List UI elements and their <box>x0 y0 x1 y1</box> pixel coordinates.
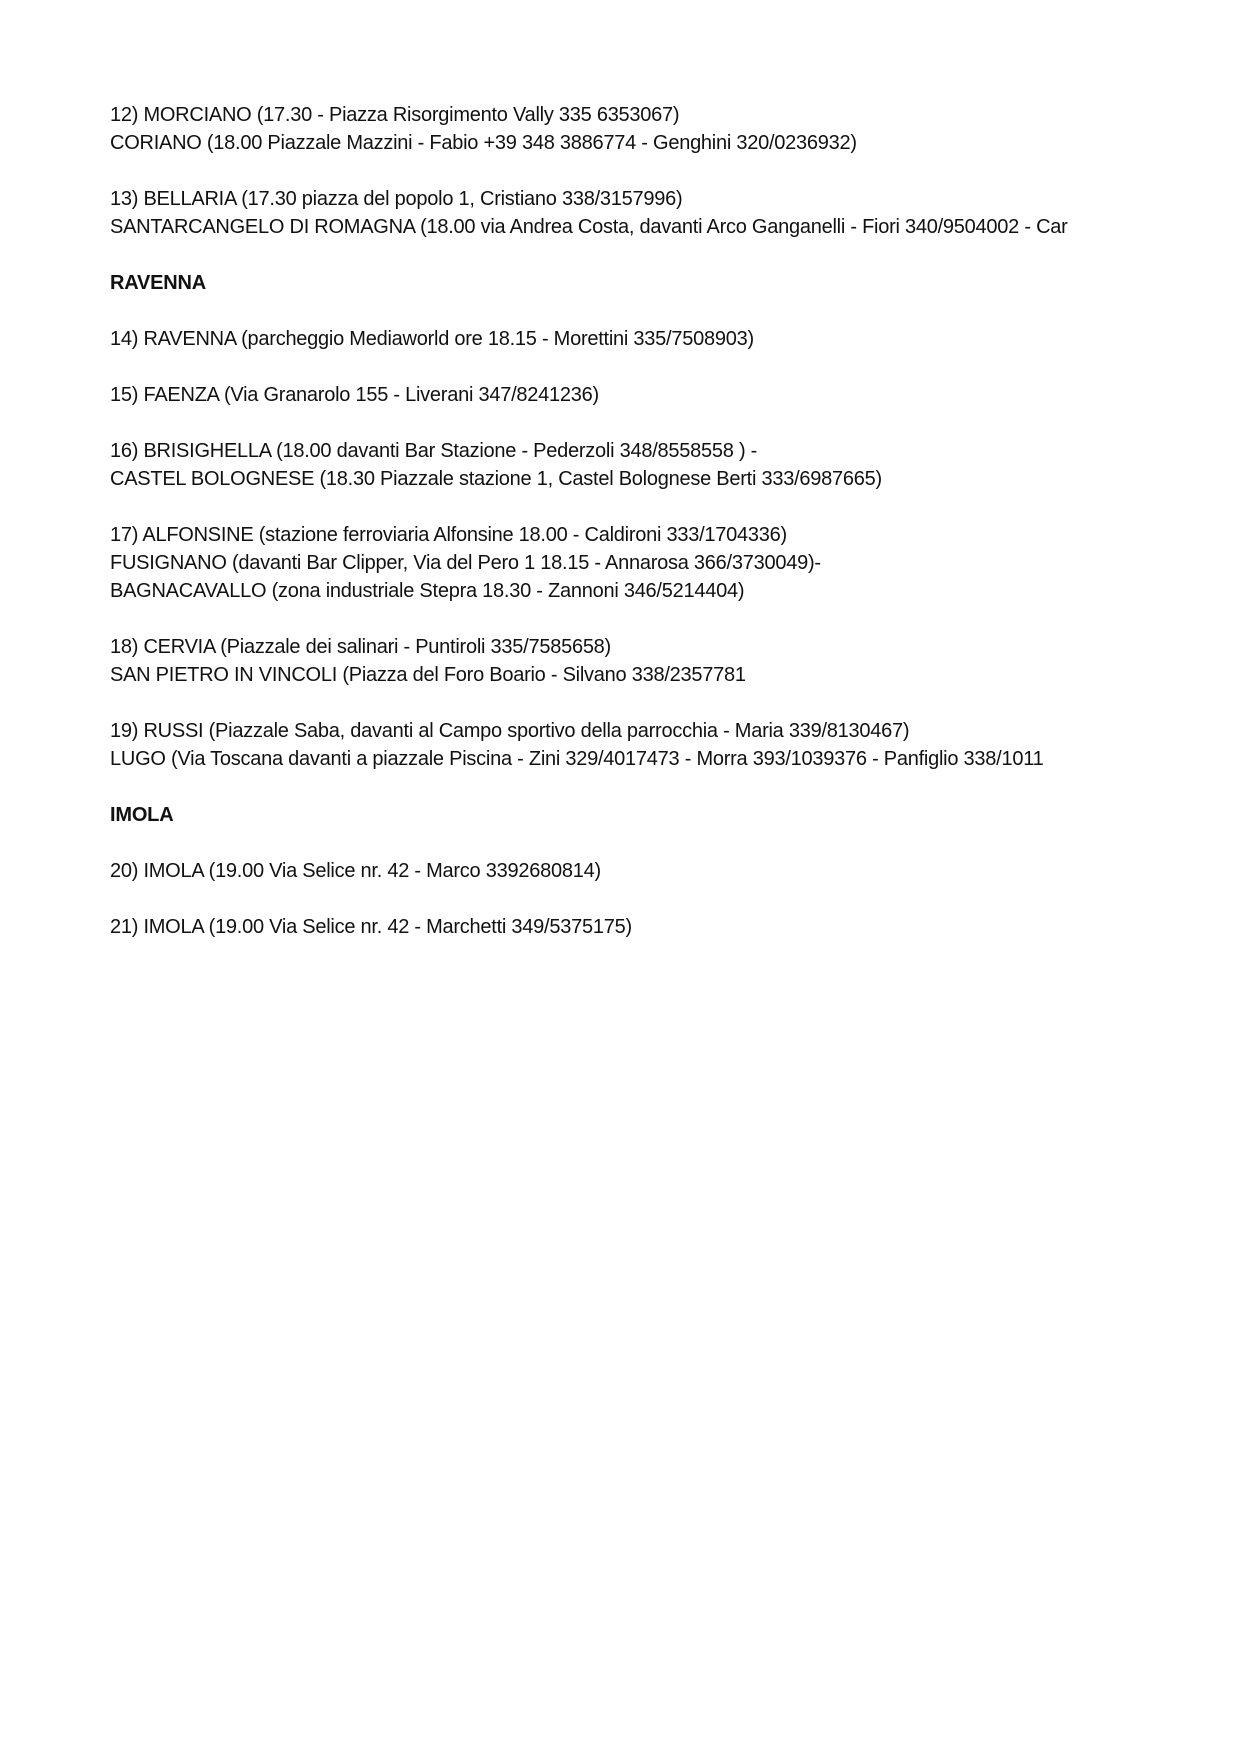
entry-line: 18) CERVIA (Piazzale dei salinari - Punt… <box>110 633 1239 661</box>
entry-14-ravenna: 14) RAVENNA (parcheggio Mediaworld ore 1… <box>110 325 1239 353</box>
entry-line: CORIANO (18.00 Piazzale Mazzini - Fabio … <box>110 129 1239 157</box>
entry-line: LUGO (Via Toscana davanti a piazzale Pis… <box>110 745 1239 773</box>
entry-18-cervia: 18) CERVIA (Piazzale dei salinari - Punt… <box>110 633 1239 689</box>
entry-line: 21) IMOLA (19.00 Via Selice nr. 42 - Mar… <box>110 913 1239 941</box>
entry-15-faenza: 15) FAENZA (Via Granarolo 155 - Liverani… <box>110 381 1239 409</box>
entry-line: 15) FAENZA (Via Granarolo 155 - Liverani… <box>110 381 1239 409</box>
entry-20-imola: 20) IMOLA (19.00 Via Selice nr. 42 - Mar… <box>110 857 1239 885</box>
entry-line: SAN PIETRO IN VINCOLI (Piazza del Foro B… <box>110 661 1239 689</box>
entry-17-alfonsine: 17) ALFONSINE (stazione ferroviaria Alfo… <box>110 521 1239 605</box>
entry-line: 14) RAVENNA (parcheggio Mediaworld ore 1… <box>110 325 1239 353</box>
blank-line <box>110 297 1239 325</box>
section-heading-ravenna: RAVENNA <box>110 269 1239 297</box>
blank-line <box>110 493 1239 521</box>
entry-line: FUSIGNANO (davanti Bar Clipper, Via del … <box>110 549 1239 577</box>
entry-16-brisighella: 16) BRISIGHELLA (18.00 davanti Bar Stazi… <box>110 437 1239 493</box>
document-page: 12) MORCIANO (17.30 - Piazza Risorgiment… <box>110 101 1239 941</box>
entry-line: 12) MORCIANO (17.30 - Piazza Risorgiment… <box>110 101 1239 129</box>
blank-line <box>110 885 1239 913</box>
blank-line <box>110 409 1239 437</box>
blank-line <box>110 829 1239 857</box>
entry-line: BAGNACAVALLO (zona industriale Stepra 18… <box>110 577 1239 605</box>
entry-12-morciano: 12) MORCIANO (17.30 - Piazza Risorgiment… <box>110 101 1239 157</box>
entry-line: 20) IMOLA (19.00 Via Selice nr. 42 - Mar… <box>110 857 1239 885</box>
entry-line: 13) BELLARIA (17.30 piazza del popolo 1,… <box>110 185 1239 213</box>
blank-line <box>110 773 1239 801</box>
entry-line: 16) BRISIGHELLA (18.00 davanti Bar Stazi… <box>110 437 1239 465</box>
blank-line <box>110 689 1239 717</box>
section-heading-imola: IMOLA <box>110 801 1239 829</box>
entry-line: SANTARCANGELO DI ROMAGNA (18.00 via Andr… <box>110 213 1239 241</box>
blank-line <box>110 353 1239 381</box>
entry-13-bellaria: 13) BELLARIA (17.30 piazza del popolo 1,… <box>110 185 1239 241</box>
entry-21-imola: 21) IMOLA (19.00 Via Selice nr. 42 - Mar… <box>110 913 1239 941</box>
entry-line: 17) ALFONSINE (stazione ferroviaria Alfo… <box>110 521 1239 549</box>
entry-19-russi: 19) RUSSI (Piazzale Saba, davanti al Cam… <box>110 717 1239 773</box>
blank-line <box>110 605 1239 633</box>
blank-line <box>110 157 1239 185</box>
entry-line: CASTEL BOLOGNESE (18.30 Piazzale stazion… <box>110 465 1239 493</box>
blank-line <box>110 241 1239 269</box>
entry-line: 19) RUSSI (Piazzale Saba, davanti al Cam… <box>110 717 1239 745</box>
